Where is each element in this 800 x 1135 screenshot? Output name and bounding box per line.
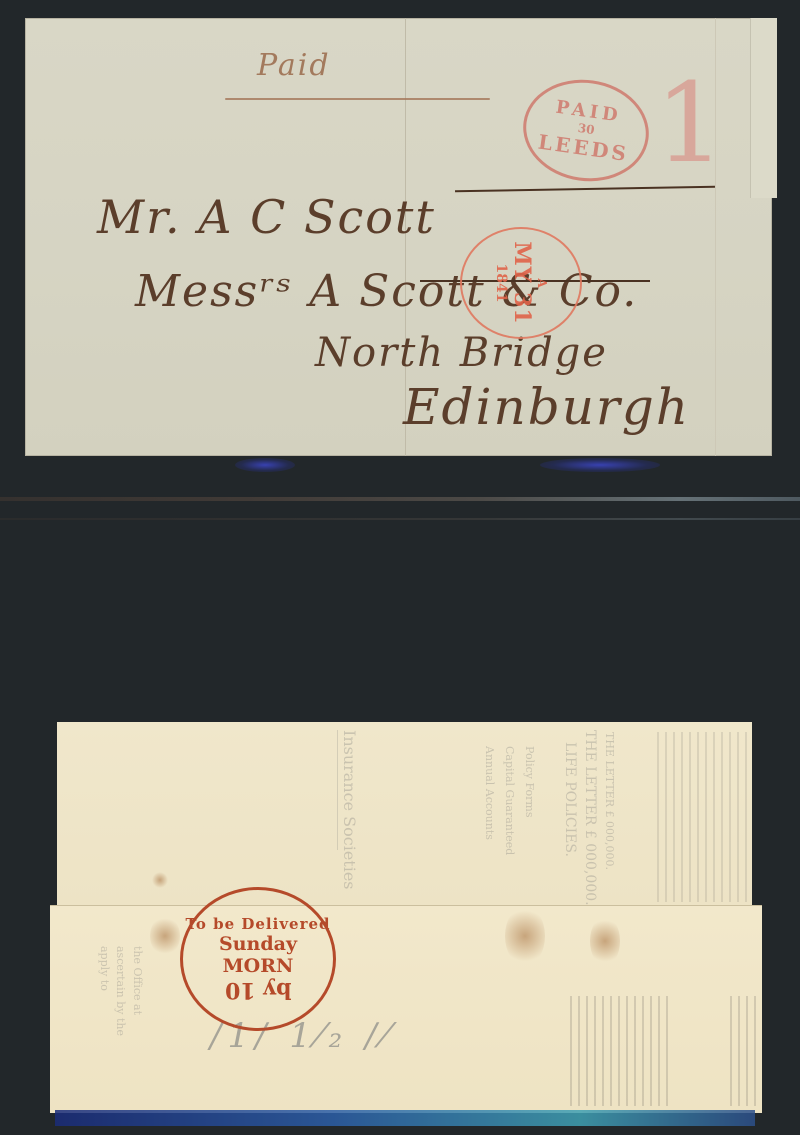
address-line-4: Edinburgh [403,378,690,436]
back-cover-lower-panel: the Office at ascertain by the apply to … [50,905,762,1113]
stamp-text: by 10 [225,977,291,1003]
bleed-through-text: the Office at [130,946,145,1015]
rate-marking: 1 [655,68,725,178]
arrival-datestamp: A MY 31 1841 [460,227,582,339]
foxing-spot [505,906,545,966]
stamp-text: MY 31 [509,241,535,324]
stamp-arc-text: To be Delivered [185,915,330,933]
stamp-text: MORN [223,955,294,977]
bleed-through-rule [337,730,338,850]
bleed-through-text: THE LETTER £ 000,000. [582,730,597,906]
back-cover-upper-panel: THE LETTER £ 000,000. THE LETTER £ 000,0… [57,722,752,907]
paid-endorsement: Paid [257,48,331,83]
stamp-text: A [535,278,549,287]
address-line-1: Mr. A C Scott [97,190,436,244]
foxing-spot [150,916,180,956]
bleed-through-text: apply to [97,946,112,991]
bleed-through-text: THE LETTER £ 000,000. [602,732,617,870]
bleed-through-text: Capital Guaranteed [502,746,517,855]
foxing-spot [590,916,620,966]
foxing-spot [152,872,168,888]
bleed-through-text-block [657,732,747,902]
album-light-reflection [540,458,660,472]
album-mount-strip [0,497,800,501]
stamp-text: 1841 [493,264,509,303]
bleed-through-text-block [730,996,760,1106]
bleed-through-text: LIFE POLICIES. [562,742,577,857]
bleed-through-text: Insurance Societies [342,730,357,890]
sunday-delivery-handstamp: To be Delivered Sunday MORN by 10 [180,887,336,1031]
album-light-reflection [235,458,295,472]
address-line-3: North Bridge [315,330,608,376]
album-light-reflection [55,1110,755,1126]
bleed-through-text: Policy Forms [522,746,537,817]
stamp-text: LEEDS [537,130,631,166]
stamp-text: Sunday [219,933,297,955]
bleed-through-text: ascertain by the [113,946,128,1036]
album-mount-strip [0,518,800,520]
paid-underline [225,98,490,100]
bleed-through-text: Annual Accounts [482,746,497,840]
bleed-through-text-block [570,996,670,1106]
cover-flap [750,18,777,198]
